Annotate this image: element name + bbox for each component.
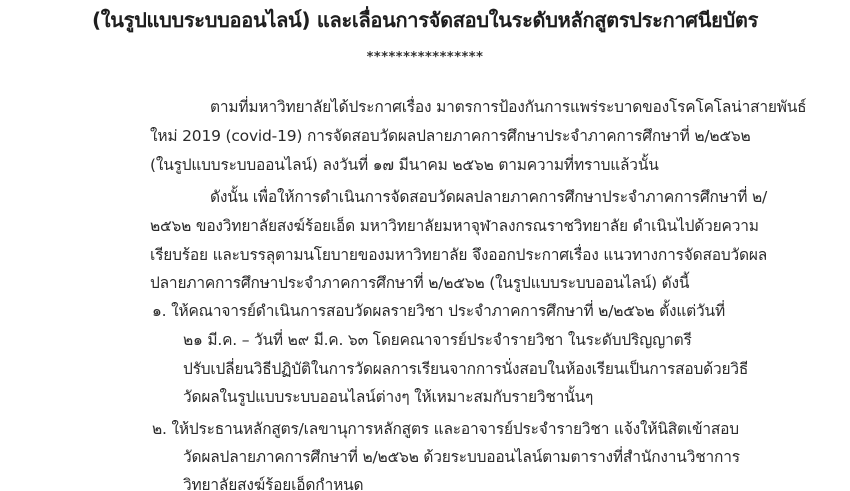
paragraph-line: ใหม่ 2019 (covid-19) การจัดสอบวัดผลปลายภ… — [150, 123, 751, 148]
list-item-line: วัดผลในรูปแบบระบบออนไลน์ต่างๆ ให้เหมาะสม… — [183, 384, 593, 409]
paragraph-line: เรียบร้อย และบรรลุตามนโยบายของมหาวิทยาลั… — [150, 242, 767, 267]
list-item-line: ๒๑ มี.ค. – วันที่ ๒๙ มี.ค. ๖๓ โดยคณาจารย… — [183, 327, 692, 352]
paragraph-line: ๒๕๖๒ ของวิทยาลัยสงฆ์ร้อยเอ็ด มหาวิทยาลัย… — [150, 213, 759, 238]
list-item-line: ๑. ให้คณาจารย์ดำเนินการสอบวัดผลรายวิชา ป… — [152, 298, 725, 323]
paragraph-line: ดังนั้น เพื่อให้การดำเนินการจัดสอบวัดผลป… — [210, 184, 767, 209]
paragraph-line: ตามที่มหาวิทยาลัยได้ประกาศเรื่อง มาตรการ… — [210, 94, 806, 119]
paragraph-line: ปลายภาคการศึกษาประจำภาคการศึกษาที่ ๒/๒๕๖… — [150, 270, 689, 295]
list-item-line: วัดผลปลายภาคการศึกษาที่ ๒/๒๕๖๒ ด้วยระบบอ… — [183, 444, 740, 469]
list-item-line: วิทยาลัยสงฆ์ร้อยเอ็ดกำหนด — [183, 472, 363, 491]
list-item-line: ปรับเปลี่ยนวิธีปฏิบัติในการวัดผลการเรียน… — [183, 356, 748, 381]
list-item-line: ๒. ให้ประธานหลักสูตร/เลขานุการหลักสูตร แ… — [152, 416, 739, 441]
paragraph-line: (ในรูปแบบระบบออนไลน์) ลงวันที่ ๑๗ มีนาคม… — [150, 152, 659, 177]
document-title: (ในรูปแบบระบบออนไลน์) และเลื่อนการจัดสอบ… — [0, 4, 850, 36]
separator-stars: **************** — [0, 50, 850, 65]
